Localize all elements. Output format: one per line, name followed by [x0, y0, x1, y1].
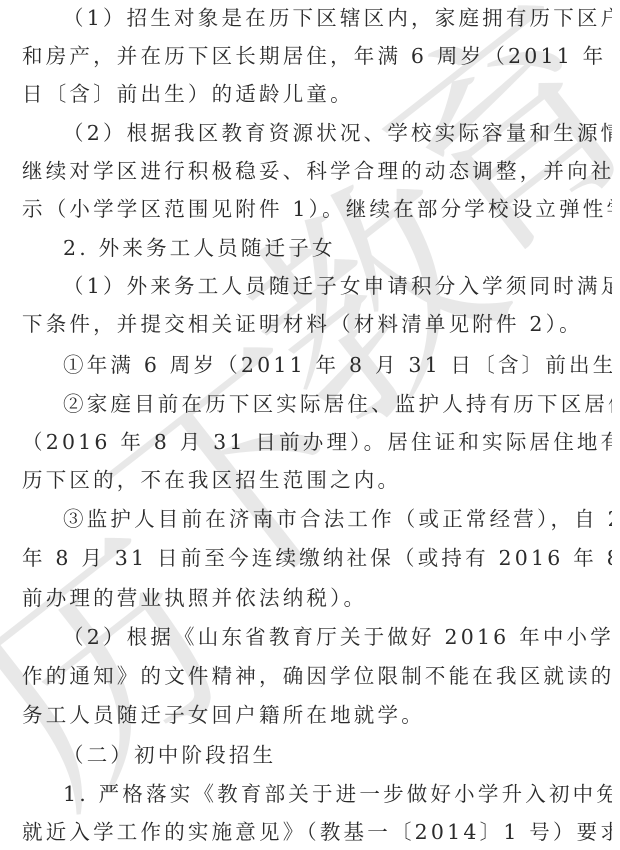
paragraph-line: 1. 严格落实《教育部关于进一步做好小学升入初中免试 — [63, 779, 612, 809]
paragraph-line: 下条件，并提交相关证明材料（材料清单见附件 2）。 — [22, 309, 612, 339]
paragraph-line: （1）招生对象是在历下区辖区内，家庭拥有历下区户籍 — [63, 3, 612, 33]
list-item: ①年满 6 周岁（2011 年 8 月 31 日〔含〕前出生）。 — [63, 350, 612, 380]
paragraph-line: 作的通知》的文件精神，确因学位限制不能在我区就读的外来 — [22, 661, 612, 691]
document-page: （1）招生对象是在历下区辖区内，家庭拥有历下区户籍 和房产，并在历下区长期居住，… — [0, 0, 620, 850]
paragraph-line: 就近入学工作的实施意见》（教基一〔2014〕1 号）要求，小学 — [22, 817, 612, 847]
paragraph-line: 日〔含〕前出生）的适龄儿童。 — [22, 79, 612, 109]
section-heading: 2. 外来务工人员随迁子女 — [63, 233, 612, 263]
section-heading: （二）初中阶段招生 — [63, 740, 612, 770]
paragraph-line: （2）根据《山东省教育厅关于做好 2016 年中小学招生工 — [63, 622, 612, 652]
paragraph-line: 和房产，并在历下区长期居住，年满 6 周岁（2011 年 8 月 31 — [22, 41, 612, 71]
paragraph-line: 年 8 月 31 日前至今连续缴纳社保（或持有 2016 年 8 月 31 日 — [22, 543, 612, 573]
list-item: ③监护人目前在济南市合法工作（或正常经营），自 2016 — [63, 504, 612, 534]
paragraph-line: 务工人员随迁子女回户籍所在地就学。 — [22, 700, 612, 730]
paragraph-line: 示（小学学区范围见附件 1）。继续在部分学校设立弹性学区。 — [22, 194, 612, 224]
paragraph-line: 前办理的营业执照并依法纳税）。 — [22, 583, 612, 613]
paragraph-line: （2016 年 8 月 31 日前办理）。居住证和实际居住地有一项不在 — [22, 427, 612, 457]
list-item: ②家庭目前在历下区实际居住、监护人持有历下区居住证 — [63, 389, 612, 419]
paragraph-line: 历下区的，不在我区招生范围之内。 — [22, 465, 612, 495]
paragraph-line: （2）根据我区教育资源状况、学校实际容量和生源情况， — [63, 118, 612, 148]
paragraph-line: （1）外来务工人员随迁子女申请积分入学须同时满足以 — [63, 271, 612, 301]
paragraph-line: 继续对学区进行积极稳妥、科学合理的动态调整，并向社会公 — [22, 156, 612, 186]
